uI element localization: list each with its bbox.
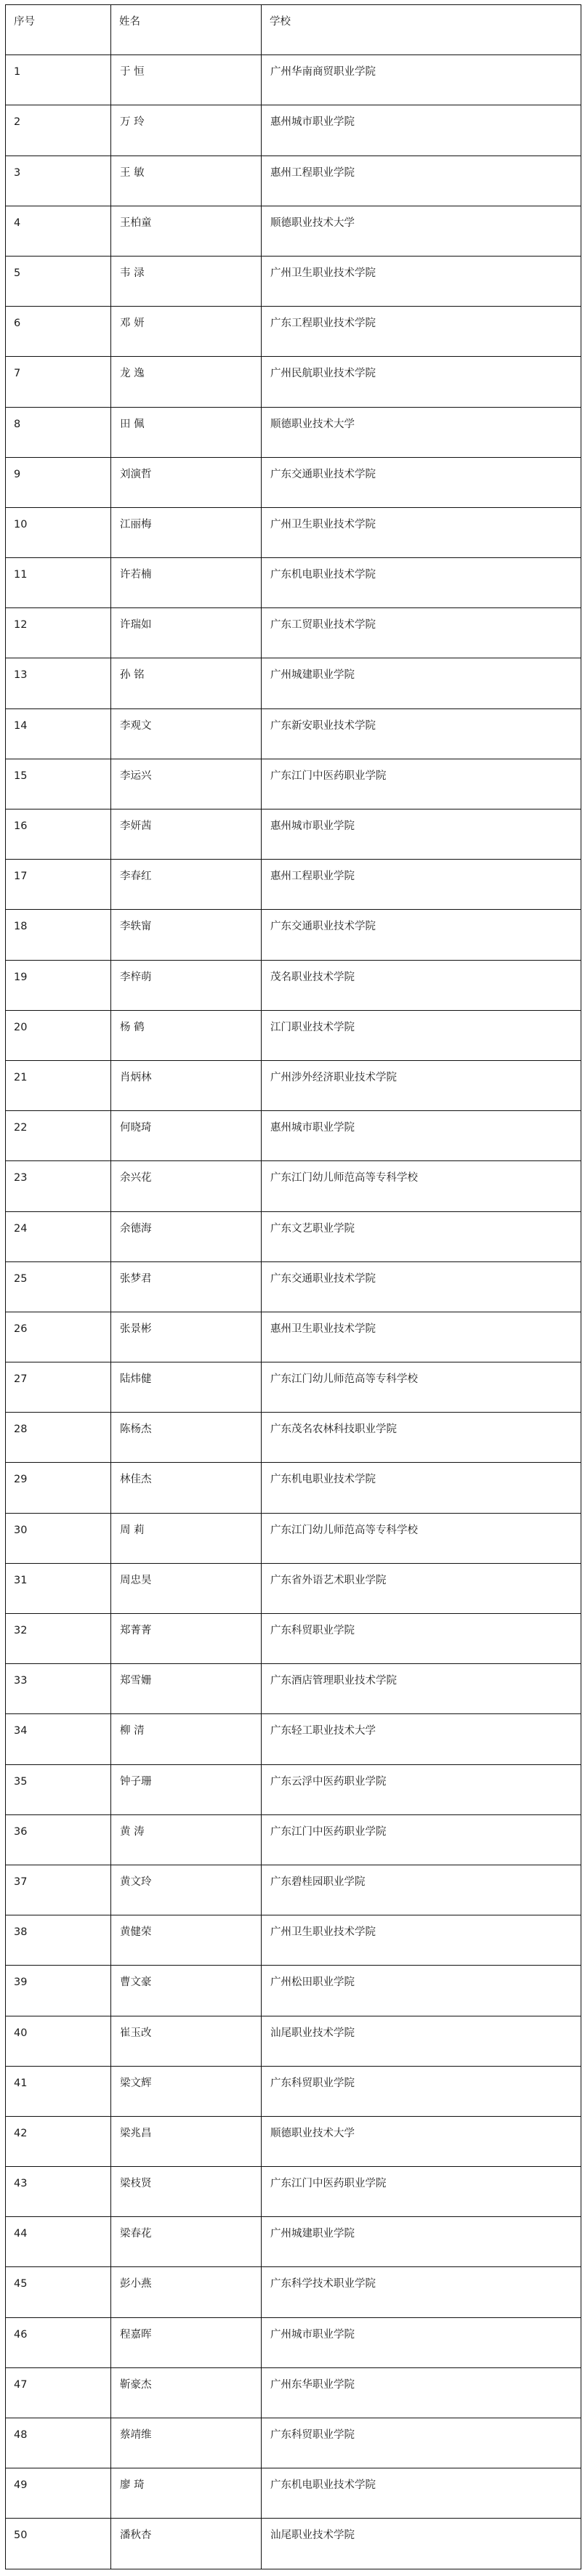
school-cell: 广东交通职业技术学院 (262, 1261, 581, 1312)
no-cell: 7 (6, 357, 111, 407)
no-cell: 19 (6, 960, 111, 1010)
name-cell: 周 莉 (111, 1513, 262, 1563)
school-cell: 茂名职业技术学院 (262, 960, 581, 1010)
school-cell: 顺德职业技术大学 (262, 2116, 581, 2166)
no-cell: 15 (6, 759, 111, 809)
table-row: 33郑雪姗广东酒店管理职业技术学院 (6, 1664, 581, 1714)
name-cell: 田 佩 (111, 407, 262, 457)
no-cell: 32 (6, 1614, 111, 1664)
no-cell: 40 (6, 2016, 111, 2066)
table-row: 47靳豪杰广州东华职业学院 (6, 2367, 581, 2418)
table-row: 48蔡靖维广东科贸职业学院 (6, 2418, 581, 2468)
school-cell: 广州涉外经济职业技术学院 (262, 1060, 581, 1110)
no-cell: 6 (6, 307, 111, 357)
school-cell: 广州民航职业技术学院 (262, 357, 581, 407)
school-cell: 惠州工程职业学院 (262, 860, 581, 910)
school-cell: 广州卫生职业技术学院 (262, 507, 581, 557)
roster-table: 序号 姓名 学校 1于 恒广州华南商贸职业学院2万 玲惠州城市职业学院3王 敏惠… (5, 4, 581, 2569)
name-cell: 梁枝贤 (111, 2167, 262, 2217)
name-cell: 江丽梅 (111, 507, 262, 557)
no-cell: 10 (6, 507, 111, 557)
no-cell: 3 (6, 156, 111, 206)
no-cell: 49 (6, 2468, 111, 2519)
table-row: 21肖炳林广州涉外经济职业技术学院 (6, 1060, 581, 1110)
table-row: 13孙 铭广州城建职业学院 (6, 658, 581, 708)
school-cell: 惠州工程职业学院 (262, 156, 581, 206)
school-cell: 广东轻工职业技术大学 (262, 1714, 581, 1764)
name-cell: 余兴花 (111, 1161, 262, 1211)
school-cell: 广东交通职业技术学院 (262, 910, 581, 960)
no-cell: 17 (6, 860, 111, 910)
name-cell: 梁兆昌 (111, 2116, 262, 2166)
school-cell: 广东新安职业技术学院 (262, 708, 581, 759)
table-row: 3王 敏惠州工程职业学院 (6, 156, 581, 206)
school-cell: 广东江门中医药职业学院 (262, 759, 581, 809)
school-cell: 广东科贸职业学院 (262, 1614, 581, 1664)
no-cell: 9 (6, 457, 111, 507)
table-row: 42梁兆昌顺德职业技术大学 (6, 2116, 581, 2166)
school-cell: 广东文艺职业学院 (262, 1211, 581, 1261)
no-cell: 45 (6, 2267, 111, 2317)
school-cell: 广东酒店管理职业技术学院 (262, 1664, 581, 1714)
name-cell: 龙 逸 (111, 357, 262, 407)
table-body: 1于 恒广州华南商贸职业学院2万 玲惠州城市职业学院3王 敏惠州工程职业学院4王… (6, 55, 581, 2569)
table-row: 26张景彬惠州卫生职业技术学院 (6, 1312, 581, 1362)
name-cell: 彭小燕 (111, 2267, 262, 2317)
no-cell: 1 (6, 55, 111, 105)
name-cell: 潘秋杏 (111, 2519, 262, 2569)
name-cell: 梁春花 (111, 2217, 262, 2267)
table-row: 29林佳杰广东机电职业技术学院 (6, 1463, 581, 1513)
no-cell: 39 (6, 1966, 111, 2016)
school-cell: 江门职业技术学院 (262, 1010, 581, 1060)
name-cell: 张梦君 (111, 1261, 262, 1312)
no-cell: 27 (6, 1362, 111, 1413)
no-cell: 24 (6, 1211, 111, 1261)
name-cell: 李轶甯 (111, 910, 262, 960)
no-cell: 4 (6, 206, 111, 256)
name-cell: 黄 涛 (111, 1814, 262, 1865)
name-cell: 陈杨杰 (111, 1413, 262, 1463)
no-cell: 50 (6, 2519, 111, 2569)
table-row: 5韦 渌广州卫生职业技术学院 (6, 256, 581, 306)
school-cell: 广州东华职业学院 (262, 2367, 581, 2418)
header-row: 序号 姓名 学校 (6, 5, 581, 55)
name-cell: 张景彬 (111, 1312, 262, 1362)
table-row: 19李梓萌茂名职业技术学院 (6, 960, 581, 1010)
school-cell: 广东江门幼儿师范高等专科学校 (262, 1362, 581, 1413)
school-cell: 惠州卫生职业技术学院 (262, 1312, 581, 1362)
table-row: 1于 恒广州华南商贸职业学院 (6, 55, 581, 105)
table-row: 7龙 逸广州民航职业技术学院 (6, 357, 581, 407)
school-cell: 汕尾职业技术学院 (262, 2519, 581, 2569)
school-cell: 广州城建职业学院 (262, 658, 581, 708)
name-cell: 黄文玲 (111, 1865, 262, 1915)
name-cell: 崔玉改 (111, 2016, 262, 2066)
school-cell: 广东碧桂园职业学院 (262, 1865, 581, 1915)
name-cell: 曹文豪 (111, 1966, 262, 2016)
school-cell: 顺德职业技术大学 (262, 407, 581, 457)
table-row: 11许若楠广东机电职业技术学院 (6, 558, 581, 608)
name-cell: 靳豪杰 (111, 2367, 262, 2418)
name-cell: 梁文辉 (111, 2066, 262, 2116)
no-cell: 26 (6, 1312, 111, 1362)
no-cell: 36 (6, 1814, 111, 1865)
school-cell: 广东机电职业技术学院 (262, 2468, 581, 2519)
name-cell: 许瑞如 (111, 608, 262, 658)
no-cell: 35 (6, 1764, 111, 1814)
school-cell: 广东科学技术职业学院 (262, 2267, 581, 2317)
name-cell: 许若楠 (111, 558, 262, 608)
name-cell: 郑菁菁 (111, 1614, 262, 1664)
no-cell: 38 (6, 1915, 111, 1966)
table-row: 31周忠昊广东省外语艺术职业学院 (6, 1563, 581, 1613)
table-row: 4王柏童顺德职业技术大学 (6, 206, 581, 256)
no-cell: 14 (6, 708, 111, 759)
no-cell: 41 (6, 2066, 111, 2116)
header-school: 学校 (262, 5, 581, 55)
name-cell: 钟子珊 (111, 1764, 262, 1814)
school-cell: 广东机电职业技术学院 (262, 558, 581, 608)
table-row: 40崔玉改汕尾职业技术学院 (6, 2016, 581, 2066)
name-cell: 柳 清 (111, 1714, 262, 1764)
no-cell: 12 (6, 608, 111, 658)
no-cell: 28 (6, 1413, 111, 1463)
table-row: 10江丽梅广州卫生职业技术学院 (6, 507, 581, 557)
table-row: 18李轶甯广东交通职业技术学院 (6, 910, 581, 960)
name-cell: 余德海 (111, 1211, 262, 1261)
table-row: 45彭小燕广东科学技术职业学院 (6, 2267, 581, 2317)
name-cell: 孙 铭 (111, 658, 262, 708)
name-cell: 李运兴 (111, 759, 262, 809)
table-row: 30周 莉广东江门幼儿师范高等专科学校 (6, 1513, 581, 1563)
name-cell: 王柏童 (111, 206, 262, 256)
name-cell: 郑雪姗 (111, 1664, 262, 1714)
school-cell: 广州卫生职业技术学院 (262, 256, 581, 306)
no-cell: 13 (6, 658, 111, 708)
table-row: 28陈杨杰广东茂名农林科技职业学院 (6, 1413, 581, 1463)
no-cell: 11 (6, 558, 111, 608)
no-cell: 25 (6, 1261, 111, 1312)
table-row: 17李春红惠州工程职业学院 (6, 860, 581, 910)
school-cell: 广州松田职业学院 (262, 1966, 581, 2016)
table-row: 36黄 涛广东江门中医药职业学院 (6, 1814, 581, 1865)
table-row: 22何晓琦惠州城市职业学院 (6, 1111, 581, 1161)
name-cell: 廖 琦 (111, 2468, 262, 2519)
table-row: 50潘秋杏汕尾职业技术学院 (6, 2519, 581, 2569)
table-header: 序号 姓名 学校 (6, 5, 581, 55)
table-row: 12许瑞如广东工贸职业技术学院 (6, 608, 581, 658)
school-cell: 汕尾职业技术学院 (262, 2016, 581, 2066)
no-cell: 44 (6, 2217, 111, 2267)
no-cell: 37 (6, 1865, 111, 1915)
school-cell: 广东江门中医药职业学院 (262, 1814, 581, 1865)
table-row: 41梁文辉广东科贸职业学院 (6, 2066, 581, 2116)
table-row: 8田 佩顺德职业技术大学 (6, 407, 581, 457)
no-cell: 29 (6, 1463, 111, 1513)
school-cell: 广东机电职业技术学院 (262, 1463, 581, 1513)
table-row: 34柳 清广东轻工职业技术大学 (6, 1714, 581, 1764)
no-cell: 16 (6, 809, 111, 860)
name-cell: 李妍茜 (111, 809, 262, 860)
header-no: 序号 (6, 5, 111, 55)
table-row: 32郑菁菁广东科贸职业学院 (6, 1614, 581, 1664)
school-cell: 广东茂名农林科技职业学院 (262, 1413, 581, 1463)
name-cell: 何晓琦 (111, 1111, 262, 1161)
school-cell: 广州卫生职业技术学院 (262, 1915, 581, 1966)
name-cell: 李观文 (111, 708, 262, 759)
school-cell: 广东江门幼儿师范高等专科学校 (262, 1161, 581, 1211)
no-cell: 46 (6, 2317, 111, 2367)
table-row: 20杨 鹤江门职业技术学院 (6, 1010, 581, 1060)
no-cell: 21 (6, 1060, 111, 1110)
name-cell: 李梓萌 (111, 960, 262, 1010)
school-cell: 广东科贸职业学院 (262, 2418, 581, 2468)
table-row: 24余德海广东文艺职业学院 (6, 1211, 581, 1261)
name-cell: 蔡靖维 (111, 2418, 262, 2468)
school-cell: 广州城市职业学院 (262, 2317, 581, 2367)
school-cell: 惠州城市职业学院 (262, 1111, 581, 1161)
school-cell: 广东江门幼儿师范高等专科学校 (262, 1513, 581, 1563)
name-cell: 万 玲 (111, 105, 262, 156)
table-row: 43梁枝贤广东江门中医药职业学院 (6, 2167, 581, 2217)
table-row: 37黄文玲广东碧桂园职业学院 (6, 1865, 581, 1915)
school-cell: 广东省外语艺术职业学院 (262, 1563, 581, 1613)
school-cell: 顺德职业技术大学 (262, 206, 581, 256)
table-row: 27陆炜健广东江门幼儿师范高等专科学校 (6, 1362, 581, 1413)
no-cell: 31 (6, 1563, 111, 1613)
name-cell: 李春红 (111, 860, 262, 910)
no-cell: 48 (6, 2418, 111, 2468)
no-cell: 20 (6, 1010, 111, 1060)
name-cell: 刘演哲 (111, 457, 262, 507)
no-cell: 47 (6, 2367, 111, 2418)
school-cell: 惠州城市职业学院 (262, 105, 581, 156)
header-name: 姓名 (111, 5, 262, 55)
name-cell: 杨 鹤 (111, 1010, 262, 1060)
table-row: 25张梦君广东交通职业技术学院 (6, 1261, 581, 1312)
no-cell: 22 (6, 1111, 111, 1161)
name-cell: 王 敏 (111, 156, 262, 206)
school-cell: 广州城建职业学院 (262, 2217, 581, 2267)
no-cell: 23 (6, 1161, 111, 1211)
name-cell: 韦 渌 (111, 256, 262, 306)
table-row: 39曹文豪广州松田职业学院 (6, 1966, 581, 2016)
no-cell: 42 (6, 2116, 111, 2166)
school-cell: 广东云浮中医药职业学院 (262, 1764, 581, 1814)
table-row: 44梁春花广州城建职业学院 (6, 2217, 581, 2267)
table-row: 15李运兴广东江门中医药职业学院 (6, 759, 581, 809)
no-cell: 18 (6, 910, 111, 960)
no-cell: 33 (6, 1664, 111, 1714)
no-cell: 43 (6, 2167, 111, 2217)
school-cell: 广东交通职业技术学院 (262, 457, 581, 507)
name-cell: 林佳杰 (111, 1463, 262, 1513)
no-cell: 8 (6, 407, 111, 457)
table-row: 23余兴花广东江门幼儿师范高等专科学校 (6, 1161, 581, 1211)
school-cell: 广东科贸职业学院 (262, 2066, 581, 2116)
school-cell: 广东工程职业技术学院 (262, 307, 581, 357)
table-row: 14李观文广东新安职业技术学院 (6, 708, 581, 759)
name-cell: 黄健荣 (111, 1915, 262, 1966)
name-cell: 邓 妍 (111, 307, 262, 357)
table-row: 16李妍茜惠州城市职业学院 (6, 809, 581, 860)
table-row: 6邓 妍广东工程职业技术学院 (6, 307, 581, 357)
no-cell: 30 (6, 1513, 111, 1563)
name-cell: 周忠昊 (111, 1563, 262, 1613)
name-cell: 肖炳林 (111, 1060, 262, 1110)
table-row: 9刘演哲广东交通职业技术学院 (6, 457, 581, 507)
no-cell: 2 (6, 105, 111, 156)
table-row: 38黄健荣广州卫生职业技术学院 (6, 1915, 581, 1966)
no-cell: 5 (6, 256, 111, 306)
school-cell: 广东江门中医药职业学院 (262, 2167, 581, 2217)
name-cell: 程嘉晖 (111, 2317, 262, 2367)
name-cell: 陆炜健 (111, 1362, 262, 1413)
table-row: 46程嘉晖广州城市职业学院 (6, 2317, 581, 2367)
school-cell: 广东工贸职业技术学院 (262, 608, 581, 658)
school-cell: 惠州城市职业学院 (262, 809, 581, 860)
no-cell: 34 (6, 1714, 111, 1764)
school-cell: 广州华南商贸职业学院 (262, 55, 581, 105)
table-row: 35钟子珊广东云浮中医药职业学院 (6, 1764, 581, 1814)
table-row: 49廖 琦广东机电职业技术学院 (6, 2468, 581, 2519)
name-cell: 于 恒 (111, 55, 262, 105)
table-row: 2万 玲惠州城市职业学院 (6, 105, 581, 156)
